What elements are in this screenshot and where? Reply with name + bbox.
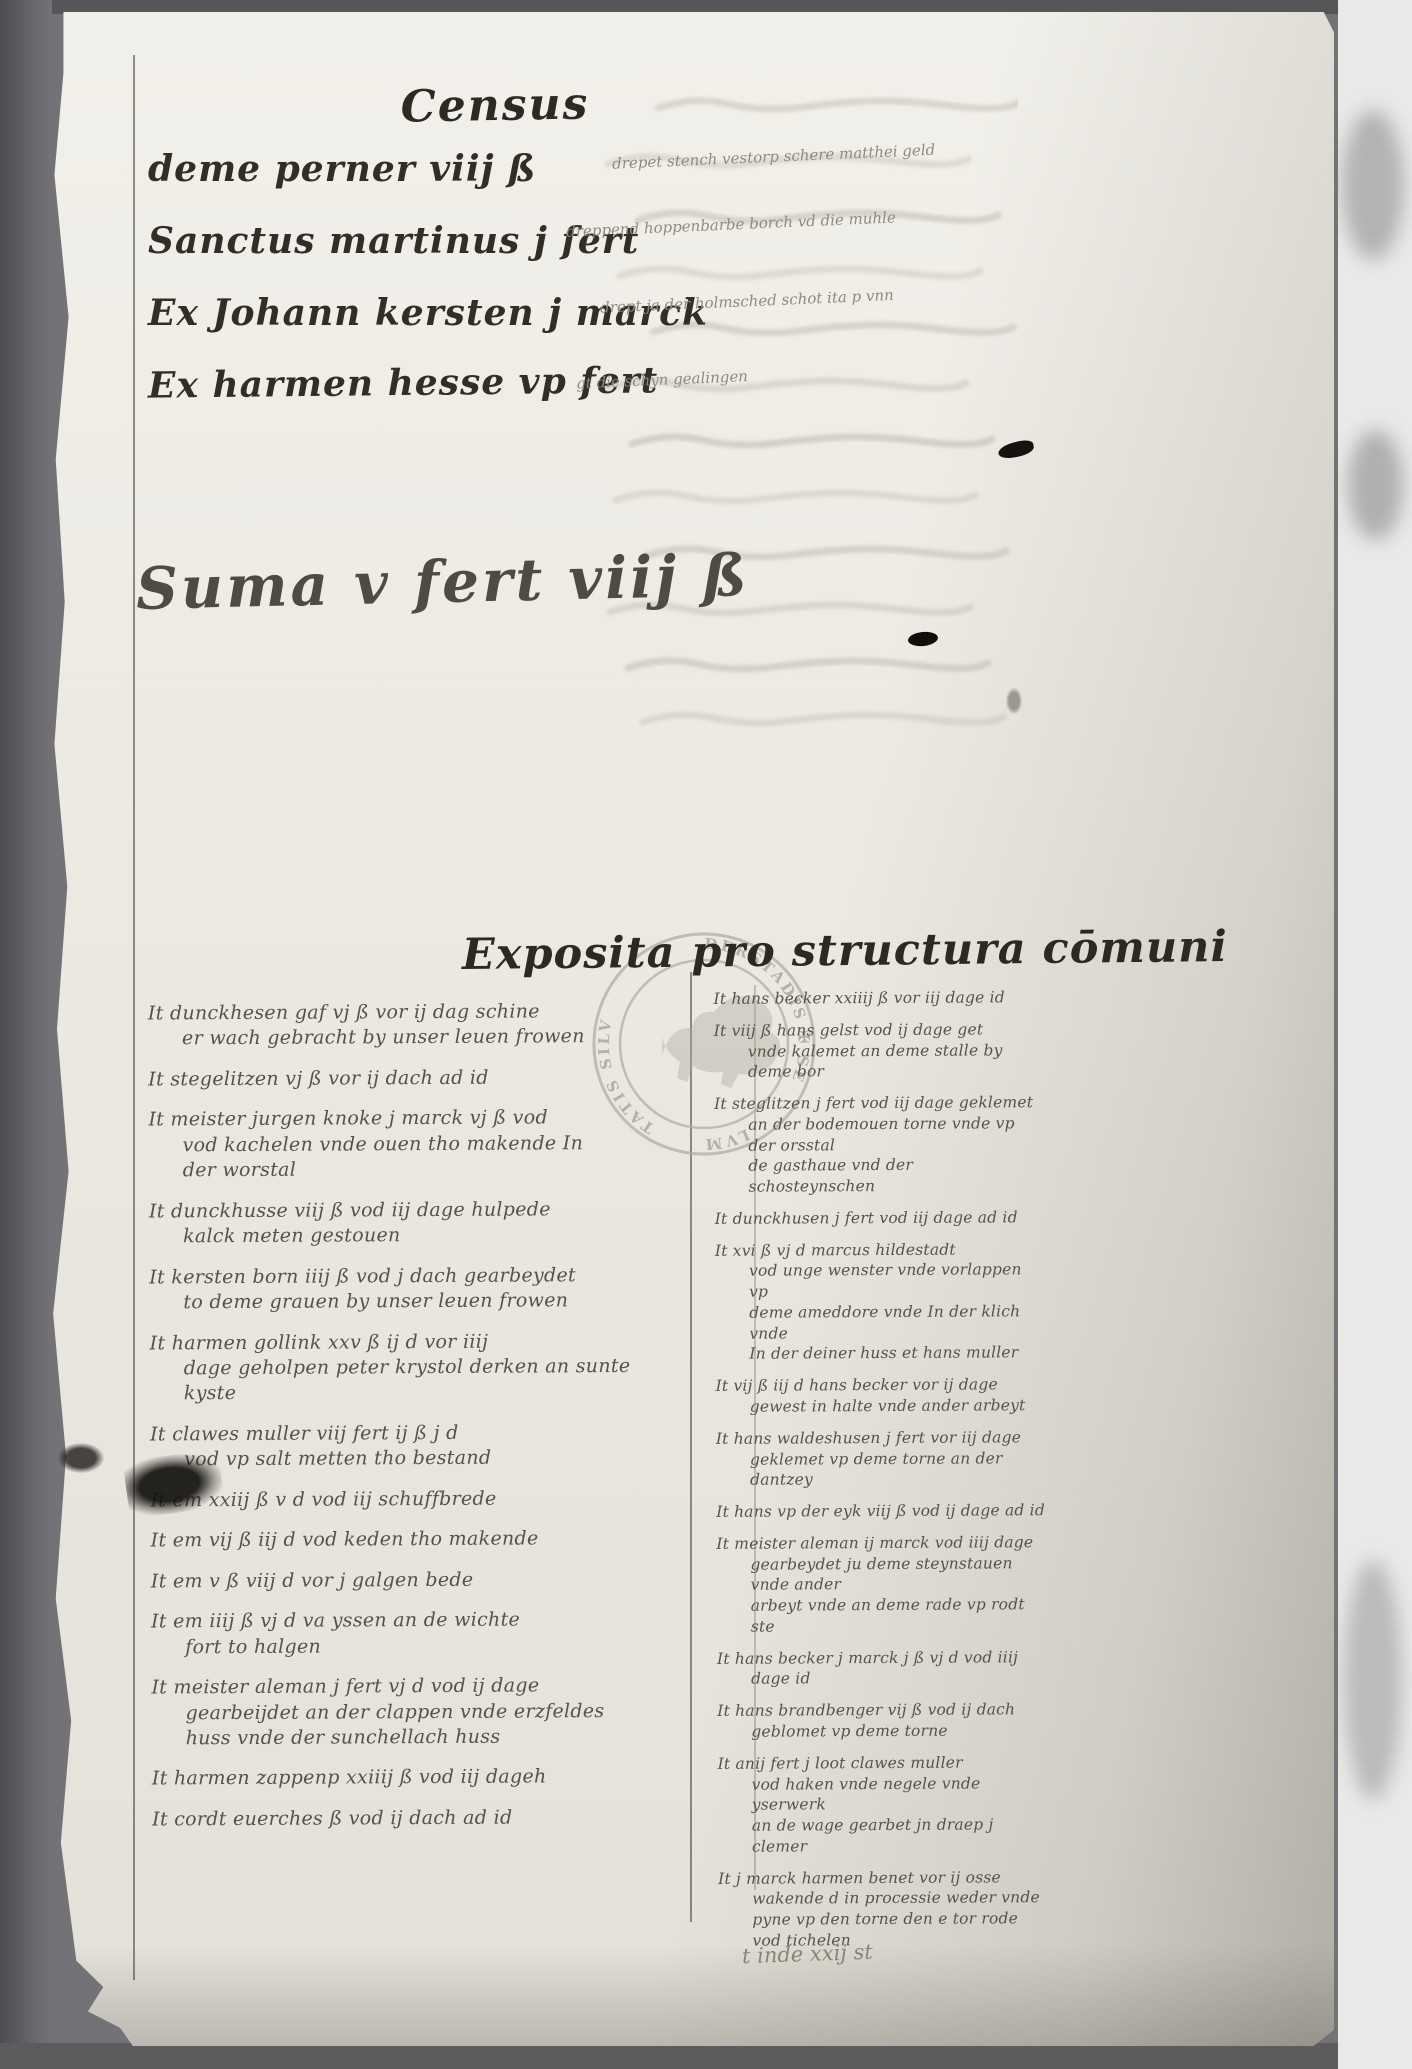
ledger-entry: It steglitzen j fert vod iij dage geklem… [714,1092,1045,1198]
scan-edge-left [0,0,52,2069]
census-heading: Census [345,77,646,133]
scan-strip-smudge [1344,1560,1402,1800]
manuscript-scan: DERSTADIS ✠ SE LVM TATIS SILV Census dem… [0,0,1412,2069]
scan-strip-smudge [1342,110,1404,260]
ledger-entry: It harmen zappenp xxiiij ß vod iij dageh [152,1764,712,1792]
ledger-right-column: It hans becker xxiiij ß vor iij dage id … [713,987,1048,1951]
ledger-entry: It em vij ß iij d vod keden tho makende [151,1526,711,1554]
ledger-entry: It meister aleman ij marck vod iiij dage… [716,1532,1047,1638]
margin-rule-line [133,55,135,1980]
ledger-entry: It hans becker xxiiij ß vor iij dage id [713,987,1043,1009]
ledger-entry: It em v ß viij d vor j galgen bede [151,1566,711,1594]
ledger-entry: It em iiij ß vj d va yssen an de wichte … [151,1607,711,1661]
ledger-entry: It hans becker j marck j ß vj d vod iiij… [717,1647,1047,1690]
ledger-entry: It hans waldeshusen j fert vor iij dage … [716,1427,1046,1491]
ledger-entry: It hans vp der eyk viij ß vod ij dage ad… [716,1500,1046,1522]
ledger-entry: It em xxiij ß v d vod iij schuffbrede [150,1485,710,1513]
ledger-left-column: It dunckhesen gaf vj ß vor ij dag schine… [148,999,712,1833]
faint-mark [1006,688,1022,714]
ledger-entry: It anij fert j loot clawes muller vod ha… [717,1752,1048,1858]
ledger-entry: It viij ß hans gelst vod ij dage get vnd… [714,1019,1044,1083]
ledger-entry: It clawes muller viij fert ij ß j d vod … [150,1419,710,1473]
ink-smudge-left-edge [58,1443,104,1473]
scan-edge-bottom [0,2043,1412,2069]
ledger-entry: It dunckhusen j fert vod iij dage ad id [715,1207,1045,1229]
ledger-entry: It dunckhusse viij ß vod iij dage hulped… [149,1196,709,1250]
census-entry: deme perner viij ß [148,148,536,190]
ledger-entry: It cordt euerches ß vod ij dach ad id [152,1804,712,1832]
ledger-entry: It harmen gollink xxv ß ij d vor iiij da… [150,1328,710,1407]
scan-edge-top [0,0,1412,14]
ledger-entry: It dunckhesen gaf vj ß vor ij dag schine… [148,999,708,1053]
verso-bleedthrough-ghost [598,80,1018,770]
ledger-entry: It j marck harmen benet vor ij osse wake… [718,1867,1048,1952]
ledger-entry: It vij ß iij d hans becker vor ij dage g… [716,1374,1046,1417]
ledger-entry: It meister aleman j fert vj d vod ij dag… [151,1673,711,1752]
scan-strip-smudge [1348,430,1403,540]
ledger-entry: It meister jurgen knoke j marck vj ß vod… [148,1105,708,1184]
exposita-heading: Exposita pro structura cōmuni [462,922,1228,980]
ledger-entry: It xvi ß vj d marcus hildestadt vod unge… [715,1239,1046,1365]
summa-total-line: Suma v fert viij ß [135,541,750,623]
ledger-entry: It kersten born iiij ß vod j dach gearbe… [149,1262,709,1316]
ledger-entry: It stegelitzen vj ß vor ij dach ad id [148,1064,708,1092]
ledger-entry: It hans brandbenger vij ß vod ij dach ge… [717,1699,1047,1742]
